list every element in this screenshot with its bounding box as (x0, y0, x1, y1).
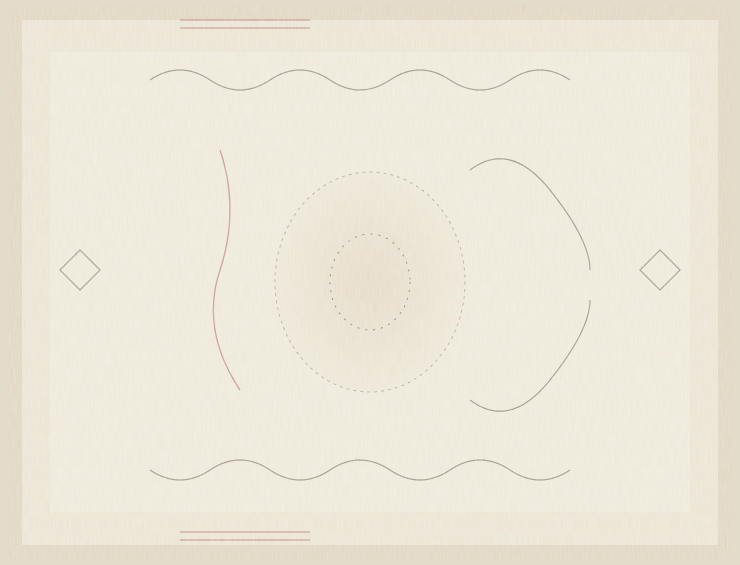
rug-photo (0, 0, 740, 565)
